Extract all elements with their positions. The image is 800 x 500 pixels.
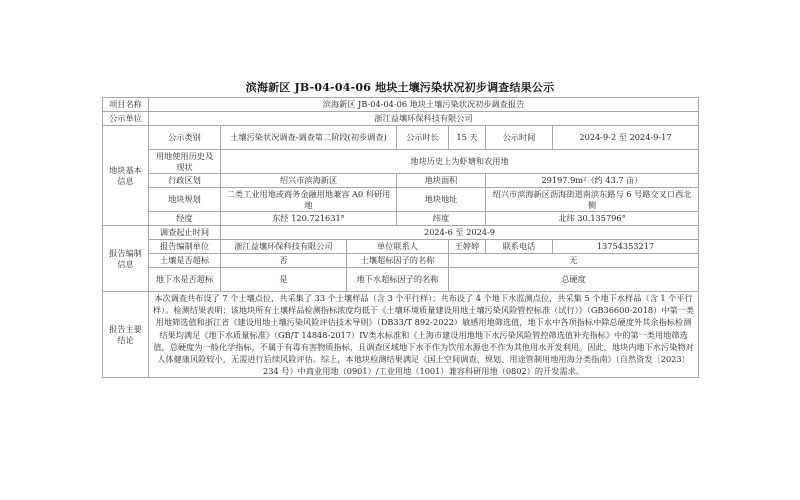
report-info-section-label: 报告编制信息	[103, 226, 149, 292]
soil-exceed-label: 土壤是否超标	[149, 254, 221, 268]
soil-factor-label: 土壤超标因子的名称	[347, 254, 449, 268]
planning-value: 二类工业用地或商务金融用地兼容 A0 科研用地	[221, 188, 397, 212]
water-exceed-label: 地下水是否超标	[149, 268, 221, 292]
row-district: 行政区划 绍兴市滨海新区 地块面积 29197.9m²（约 43.7 亩）	[103, 174, 699, 188]
area-label: 地块面积	[397, 174, 486, 188]
row-project: 项目名称 滨海新区 JB-04-04-06 地块土壤污染状况初步调查报告	[103, 98, 699, 112]
row-survey-period: 报告编制信息 调查起止时间 2024-6 至 2024-9	[103, 226, 699, 240]
conclusion-text: 本次调查共布设了 7 个土壤点位，共采集了 33 个土壤样品（含 3 个平行样）…	[149, 292, 699, 378]
area-value: 29197.9m²（约 43.7 亩）	[486, 174, 699, 188]
row-publisher: 公示单位 浙江益壤环保科技有限公司	[103, 112, 699, 126]
phone-value: 13754353217	[553, 240, 699, 254]
row-conclusion: 报告主要结论 本次调查共布设了 7 个土壤点位，共采集了 33 个土壤样品（含 …	[103, 292, 699, 378]
survey-period-label: 调查起止时间	[149, 226, 221, 240]
row-coordinates: 经度 东经 120.721631° 纬度 北纬 30.135796°	[103, 212, 699, 226]
history-label: 用地使用历史及现状	[149, 150, 221, 174]
latitude-value: 北纬 30.135796°	[486, 212, 699, 226]
duration-value: 15 天	[449, 126, 486, 150]
period-value: 2024-9-2 至 2024-9-17	[553, 126, 699, 150]
water-factor-value: 总硬度	[449, 268, 699, 292]
soil-exceed-value: 否	[221, 254, 347, 268]
conclusion-label: 报告主要结论	[103, 292, 149, 378]
planning-label: 地块规划	[149, 188, 221, 212]
phone-label: 联系电话	[486, 240, 553, 254]
duration-label: 公示时长	[397, 126, 449, 150]
district-label: 行政区划	[149, 174, 221, 188]
period-label: 公示时间	[486, 126, 553, 150]
soil-factor-value: 无	[449, 254, 699, 268]
longitude-value: 东经 120.721631°	[221, 212, 397, 226]
page-title: 滨海新区 JB-04-04-06 地块土壤污染状况初步调查结果公示	[0, 79, 800, 95]
category-label: 公示类别	[149, 126, 221, 150]
latitude-label: 纬度	[397, 212, 486, 226]
publisher-value: 浙江益壤环保科技有限公司	[149, 112, 699, 126]
site-info-section-label: 地块基本信息	[103, 126, 149, 226]
row-category: 地块基本信息 公示类别 土壤污染状况调查-调查第二阶段(初步调查) 公示时长 1…	[103, 126, 699, 150]
publisher-label: 公示单位	[103, 112, 149, 126]
longitude-label: 经度	[149, 212, 221, 226]
water-exceed-value: 是	[221, 268, 347, 292]
category-value: 土壤污染状况调查-调查第二阶段(初步调查)	[221, 126, 397, 150]
row-compiler: 报告编制单位 浙江益壤环保科技有限公司 单位联系人 王婷婷 联系电话 13754…	[103, 240, 699, 254]
contact-label: 单位联系人	[347, 240, 449, 254]
row-water-exceed: 地下水是否超标 是 地下水超标因子的名称 总硬度	[103, 268, 699, 292]
row-history: 用地使用历史及现状 地块历史上为虾塘和农用地	[103, 150, 699, 174]
water-factor-label: 地下水超标因子的名称	[347, 268, 449, 292]
compiler-label: 报告编制单位	[149, 240, 221, 254]
project-label: 项目名称	[103, 98, 149, 112]
project-value: 滨海新区 JB-04-04-06 地块土壤污染状况初步调查报告	[149, 98, 699, 112]
address-label: 地块地址	[397, 188, 486, 212]
history-value: 地块历史上为虾塘和农用地	[221, 150, 699, 174]
compiler-value: 浙江益壤环保科技有限公司	[221, 240, 347, 254]
address-value: 绍兴市滨海新区沥海街道南滨东路与 6 号路交叉口西北侧	[486, 188, 699, 212]
row-planning: 地块规划 二类工业用地或商务金融用地兼容 A0 科研用地 地块地址 绍兴市滨海新…	[103, 188, 699, 212]
announcement-table: 项目名称 滨海新区 JB-04-04-06 地块土壤污染状况初步调查报告 公示单…	[102, 97, 699, 378]
row-soil-exceed: 土壤是否超标 否 土壤超标因子的名称 无	[103, 254, 699, 268]
contact-value: 王婷婷	[449, 240, 486, 254]
district-value: 绍兴市滨海新区	[221, 174, 397, 188]
survey-period-value: 2024-6 至 2024-9	[221, 226, 699, 240]
